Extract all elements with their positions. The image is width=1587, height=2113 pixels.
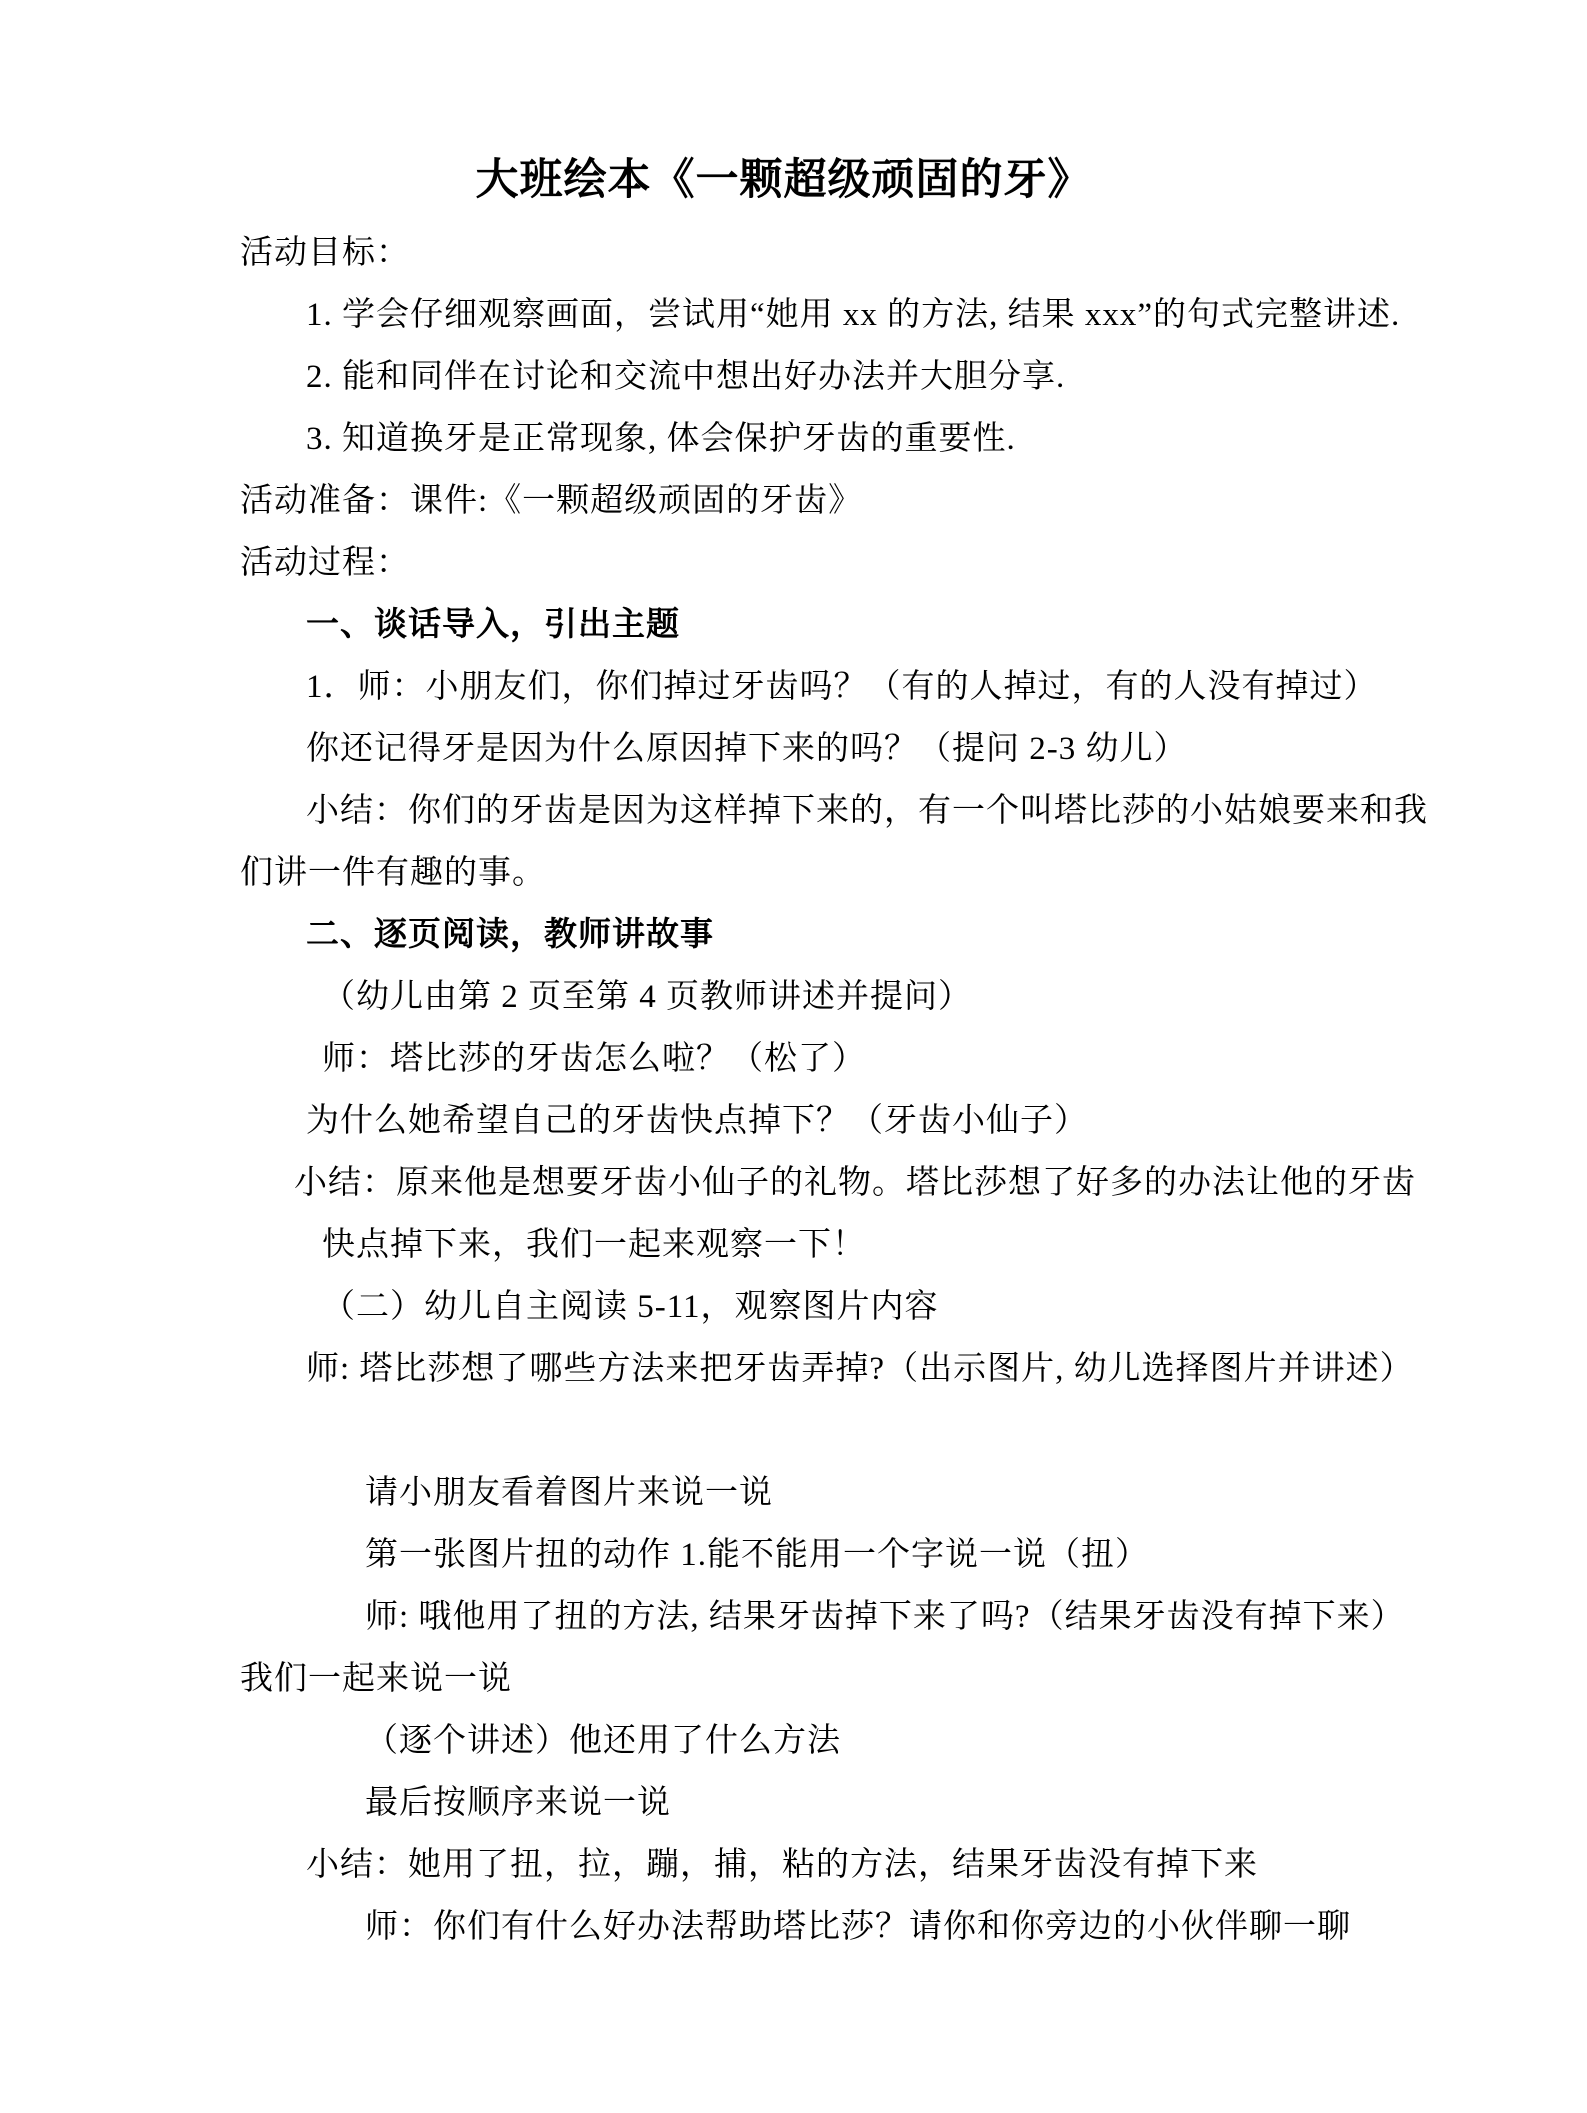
document-line: （幼儿由第 2 页至第 4 页教师讲述并提问） bbox=[322, 966, 1447, 1028]
document-line: 小结：她用了扭，拉，蹦，捕，粘的方法，结果牙齿没有掉下来 bbox=[306, 1834, 1447, 1896]
section-label-preparation: 活动准备：课件:《一颗超级顽固的牙齿》 bbox=[240, 470, 1447, 532]
document-line: 小结：原来他是想要牙齿小仙子的礼物。塔比莎想了好多的办法让他的牙齿 bbox=[294, 1152, 1447, 1214]
document-line: 师: 哦他用了扭的方法, 结果牙齿掉下来了吗?（结果牙齿没有掉下来） bbox=[365, 1586, 1447, 1648]
document-line: 师：你们有什么好办法帮助塔比莎？请你和你旁边的小伙伴聊一聊 bbox=[365, 1896, 1447, 1958]
document-line: 小结：你们的牙齿是因为这样掉下来的，有一个叫塔比莎的小姑娘要来和我 bbox=[306, 780, 1447, 842]
document-line: 快点掉下来，我们一起来观察一下！ bbox=[322, 1214, 1447, 1276]
document-title: 大班绘本《一颗超级顽固的牙》 bbox=[120, 146, 1447, 214]
document-line: 我们一起来说一说 bbox=[240, 1648, 1447, 1710]
objective-item-2: 2. 能和同伴在讨论和交流中想出好办法并大胆分享. bbox=[306, 346, 1447, 408]
objective-item-1: 1. 学会仔细观察画面，尝试用“她用 xx 的方法, 结果 xxx”的句式完整讲… bbox=[306, 284, 1447, 346]
document-body: 活动目标：1. 学会仔细观察画面，尝试用“她用 xx 的方法, 结果 xxx”的… bbox=[240, 222, 1447, 1958]
document-content: 大班绘本《一颗超级顽固的牙》 活动目标：1. 学会仔细观察画面，尝试用“她用 x… bbox=[240, 146, 1447, 1958]
document-line: 1．师：小朋友们，你们掉过牙齿吗？（有的人掉过，有的人没有掉过） bbox=[306, 656, 1447, 718]
section-label-objectives: 活动目标： bbox=[240, 222, 1447, 284]
document-page: 大班绘本《一颗超级顽固的牙》 活动目标：1. 学会仔细观察画面，尝试用“她用 x… bbox=[0, 0, 1587, 2113]
document-line: 师: 塔比莎想了哪些方法来把牙齿弄掉?（出示图片, 幼儿选择图片并讲述） bbox=[306, 1338, 1447, 1400]
document-line: 你还记得牙是因为什么原因掉下来的吗？（提问 2-3 幼儿） bbox=[306, 718, 1447, 780]
section-heading-2: 二、逐页阅读，教师讲故事 bbox=[306, 904, 1447, 966]
document-line: （逐个讲述）他还用了什么方法 bbox=[365, 1710, 1447, 1772]
section-label-process: 活动过程： bbox=[240, 532, 1447, 594]
section-heading-1: 一、谈话导入，引出主题 bbox=[306, 594, 1447, 656]
objective-item-3: 3. 知道换牙是正常现象, 体会保护牙齿的重要性. bbox=[306, 408, 1447, 470]
document-line: 为什么她希望自己的牙齿快点掉下？（牙齿小仙子） bbox=[306, 1090, 1447, 1152]
document-line: 们讲一件有趣的事。 bbox=[240, 842, 1447, 904]
document-line: 请小朋友看着图片来说一说 bbox=[365, 1462, 1447, 1524]
blank-line bbox=[240, 1400, 1447, 1462]
document-line: （二）幼儿自主阅读 5-11，观察图片内容 bbox=[322, 1276, 1447, 1338]
document-line: 最后按顺序来说一说 bbox=[365, 1772, 1447, 1834]
document-line: 第一张图片扭的动作 1.能不能用一个字说一说（扭） bbox=[365, 1524, 1447, 1586]
document-line: 师：塔比莎的牙齿怎么啦？（松了） bbox=[322, 1028, 1447, 1090]
